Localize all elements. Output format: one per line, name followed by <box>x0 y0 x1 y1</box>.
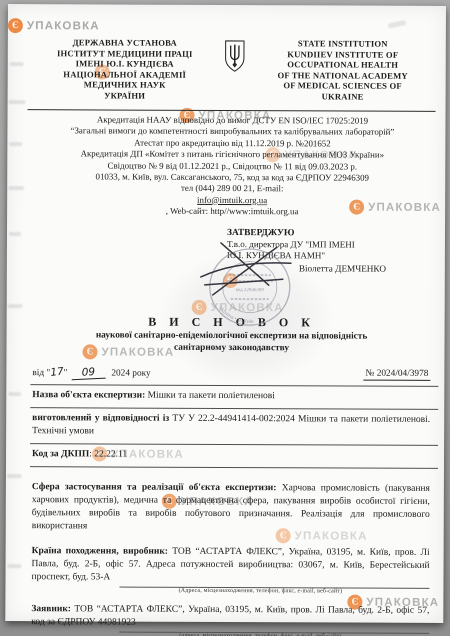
round-stamp-icon: код 22946309 Україна • м. Київ <box>191 233 309 338</box>
date-year: 2024 року <box>111 368 150 378</box>
org-line: STATE INSTITUTION <box>254 38 432 49</box>
org-line: OF MEDICAL SCIENCES OF <box>254 80 432 91</box>
handwritten-month: 09 <box>71 365 106 380</box>
field-divider <box>30 443 438 446</box>
letterhead: ДЕРЖАВНА УСТАНОВА ІНСТИТУТ МЕДИЦИНИ ПРАЦ… <box>34 37 432 102</box>
field-application-scope: Сфера застосування та реалізації об'єкта… <box>32 481 430 535</box>
spacer <box>32 471 430 480</box>
handwritten-day: 17 <box>50 365 65 378</box>
field-label: Заявник: <box>31 604 71 614</box>
org-line: МЕДИЧНИХ НАУК <box>34 79 216 90</box>
field-origin-manufacturer: Країна походження, виробник: ТОВ “АСТАРТ… <box>31 545 429 586</box>
document-number: № 2024/04/3978 <box>364 368 431 380</box>
date-number-row: від "17"092024 року № 2024/04/3978 <box>32 366 430 381</box>
field-applicant: Заявник: ТОВ “АСТАРТА ФЛЕКС”, Україна, 0… <box>31 603 429 631</box>
field-divider <box>30 407 438 410</box>
org-name-english: STATE INSTITUTION KUNDIIEV INSTITUTE OF … <box>254 38 432 102</box>
org-name-ukrainian: ДЕРЖАВНА УСТАНОВА ІНСТИТУТ МЕДИЦИНИ ПРАЦ… <box>34 37 216 101</box>
scanned-document-page: ЄУПАКОВКА Є ЄУПАКОВКА ЄУПАКОВКА ЄУПАКОВК… <box>5 4 446 623</box>
field-caption: (адреса, місцезнаходження, телефон, факс… <box>91 632 429 636</box>
contact-suffix: , Web-сайт: http//www:imtuik.org.ua <box>33 205 431 218</box>
header-divider <box>28 109 436 112</box>
field-label: виготовлений у відповідності із <box>32 413 169 424</box>
org-line: ІНСТИТУТ МЕДИЦИНИ ПРАЦІ <box>34 48 216 59</box>
field-dkpp-code: Код за ДКПП: 22.22.11 <box>32 448 430 463</box>
org-line: ІМЕНІ Ю.І. КУНДІЄВА <box>34 58 216 69</box>
field-label: Країна походження, виробник: <box>32 546 168 557</box>
accreditation-line: “Загальні вимоги до компетентності випро… <box>33 126 431 139</box>
date-prefix: від " <box>32 368 50 378</box>
signer-name: Віолетта ДЕМЧЕНКО <box>299 263 386 273</box>
org-line: OCCUPATIONAL HEALTH <box>254 59 432 70</box>
field-label: Код за ДКПП <box>32 449 89 459</box>
field-value: : 22.22.11 <box>89 449 127 459</box>
field-divider <box>30 384 438 387</box>
org-line: OF THE NATIONAL ACADEMY <box>254 70 432 81</box>
org-line: UKRAINE <box>254 91 432 102</box>
field-manufactured-according: виготовлений у відповідності із ТУ У 22.… <box>32 412 430 440</box>
field-label: Назва об'єкта експертизи: <box>32 390 145 400</box>
document-date: від "17"092024 року <box>32 366 150 380</box>
org-line: УКРАЇНИ <box>34 90 216 101</box>
accreditation-line: Акредитація ДП «Комітет з питань гігієні… <box>33 148 431 161</box>
field-divider <box>30 466 438 469</box>
org-line: ДЕРЖАВНА УСТАНОВА <box>34 37 216 48</box>
org-line: НАЦІОНАЛЬНОЇ АКАДЕМІЇ <box>34 69 216 80</box>
field-label: Сфера застосування та реалізації об'єкта… <box>32 482 277 493</box>
stamp-and-signature: код 22946309 Україна • м. Київ <box>191 233 309 338</box>
contact-line: тел (044) 289 00 21, E-mail: info@imtuik… <box>33 183 431 219</box>
org-line: KUNDIIEV INSTITUTE OF <box>254 49 432 60</box>
spacer <box>32 535 430 544</box>
field-value: ТОВ “АСТАРТА ФЛЕКС”, Україна, 03195, м. … <box>31 604 429 627</box>
field-value: Мішки та пакети поліетиленові <box>148 390 275 401</box>
ukraine-trident-emblem-icon <box>224 40 246 73</box>
stamp-code-text: код 22946309 <box>236 288 265 293</box>
field-object-name: Назва об'єкта експертизи: Мішки та пакет… <box>32 389 430 404</box>
title-subtitle: санітарному законодавству <box>32 341 430 355</box>
accreditation-block: Акредитація НААУ відповідно до вимог ДСТ… <box>33 114 431 218</box>
spacer <box>31 593 429 602</box>
